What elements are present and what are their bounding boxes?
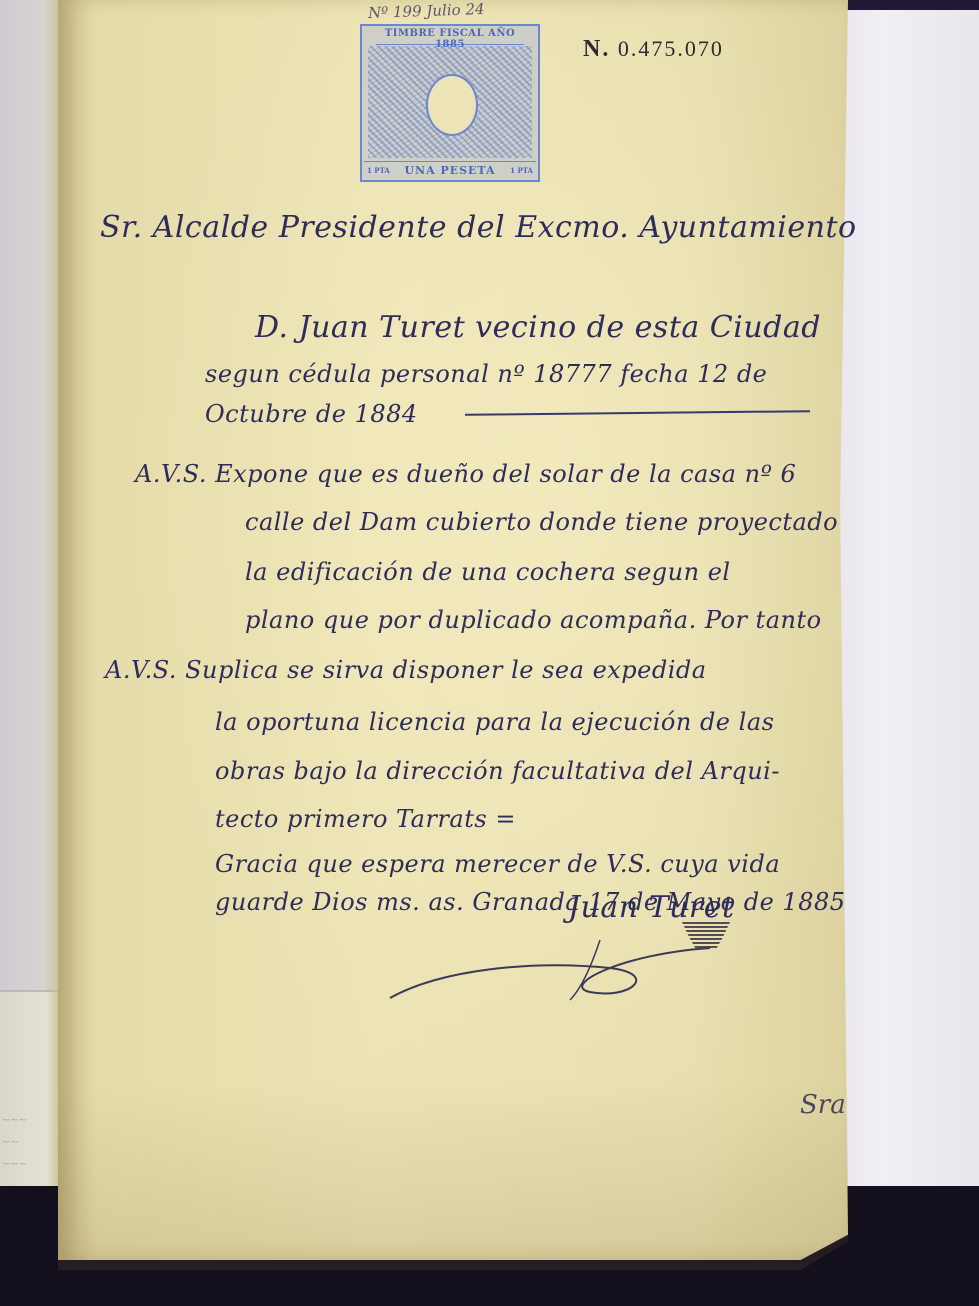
paragraph-2-line-4: tecto primero Tarrats = <box>215 805 516 833</box>
signature-flourish-icon <box>380 930 720 1010</box>
paragraph-1-line-4: plano que por duplicado acompaña. Por ta… <box>245 606 822 634</box>
corner-initials: Sra <box>800 1090 846 1120</box>
salutation: Sr. Alcalde Presidente del Excmo. Ayunta… <box>100 210 857 245</box>
stamp-value: UNA PESETA <box>404 164 495 177</box>
closing-line-2: guarde Dios ms. as. Granada 17 de Mayo d… <box>215 888 846 916</box>
petitioner-line-1: D. Juan Turet vecino de esta Ciudad <box>255 310 821 345</box>
sheet-shadow <box>58 1080 848 1270</box>
paragraph-2-line-2: la oportuna licencia para la ejecución d… <box>215 708 774 736</box>
fiscal-stamp: TIMBRE FISCAL AÑO 1885 1 PTA UNA PESETA … <box>360 24 540 182</box>
closing-line-1: Gracia que espera merecer de V.S. cuya v… <box>215 850 780 878</box>
petitioner-line-3: Octubre de 1884 <box>205 400 418 428</box>
stamp-top-text: TIMBRE FISCAL AÑO 1885 <box>376 28 524 45</box>
stamp-bottom-band: 1 PTA UNA PESETA 1 PTA <box>364 161 536 178</box>
petitioner-line-2: segun cédula personal nº 18777 fecha 12 … <box>205 360 767 388</box>
stamp-side-right: 1 PTA <box>510 166 533 175</box>
signature: Juan Turet <box>568 890 735 925</box>
serial-prefix: N. <box>583 36 610 62</box>
left-page-faint-text: ~~~~~~~~ <box>2 1110 42 1176</box>
paragraph-1-line-1: A.V.S. Expone que es dueño del solar de … <box>135 460 796 488</box>
paragraph-2-line-3: obras bajo la dirección facultativa del … <box>215 757 780 785</box>
serial-value: 0.475.070 <box>618 36 724 61</box>
paragraph-2-line-1: A.V.S. Suplica se sirva disponer le sea … <box>105 656 707 684</box>
stamp-side-left: 1 PTA <box>367 166 390 175</box>
left-underlying-page <box>0 0 62 1000</box>
paragraph-1-line-2: calle del Dam cubierto donde tiene proye… <box>245 508 838 536</box>
paragraph-1-line-3: la edificación de una cochera segun el <box>245 558 731 586</box>
stamp-oval-medallion-icon <box>426 74 478 136</box>
serial-number: N. 0.475.070 <box>583 36 724 63</box>
